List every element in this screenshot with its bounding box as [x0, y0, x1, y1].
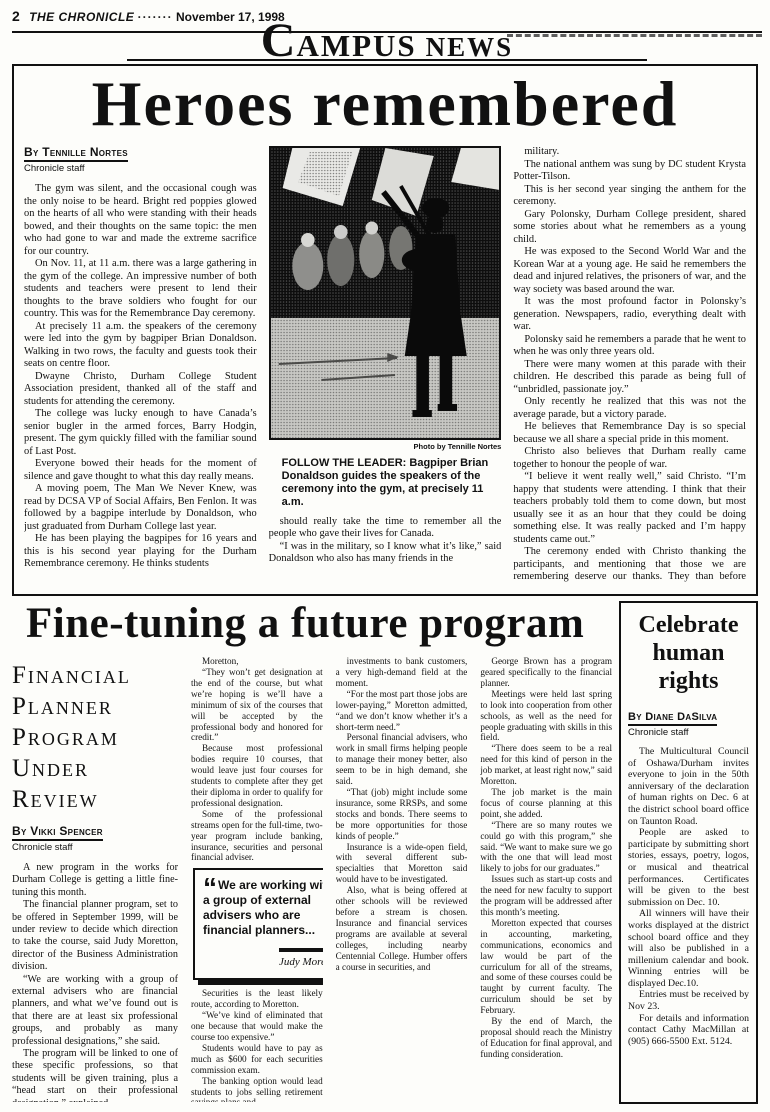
paragraph: Meetings were held last spring to look i… — [480, 689, 612, 744]
future-byline-org: Chronicle staff — [12, 841, 178, 854]
hero-col2-paragraphs: should really take the time to remember … — [269, 516, 502, 566]
paragraph: The college was lucky enough to have Can… — [24, 408, 257, 458]
hero-column-3: military.The national anthem was sung by… — [513, 146, 746, 582]
section-news: NEWS — [426, 32, 514, 62]
paragraph: Some of the professional streams open fo… — [191, 809, 323, 864]
rights-paragraphs: The Multicultural Council of Oshawa/Durh… — [628, 746, 749, 1047]
paragraph: The Multicultural Council of Oshawa/Durh… — [628, 746, 749, 827]
paragraph: The financial planner program, set to be… — [12, 899, 178, 973]
paragraph: There were many women at this parade wit… — [513, 359, 746, 397]
paragraph: “They won’t get designation at the end o… — [191, 667, 323, 743]
paragraph: The gym was silent, and the occasional c… — [24, 183, 257, 258]
future-column-kicker: FinancialPlannerProgramUnderReview By Vi… — [12, 656, 178, 1102]
paragraph: People are asked to participate by submi… — [628, 827, 749, 908]
paragraph: The banking option would lead students t… — [191, 1076, 323, 1103]
paragraph: Issues such as start-up costs and the ne… — [480, 874, 612, 918]
kicker-line: Review — [12, 784, 178, 815]
paragraph: For details and information contact Cath… — [628, 1013, 749, 1048]
pull-quote-rule — [279, 948, 323, 952]
paragraph: should really take the time to remember … — [269, 516, 502, 541]
paragraph: Christo also believes that Durham really… — [513, 446, 746, 471]
ceremony-photo-art — [271, 148, 500, 438]
paragraph: On Nov. 11, at 11 a.m. there was a large… — [24, 258, 257, 321]
hero-column-1: By Tennille Nortes Chronicle staff The g… — [24, 146, 257, 582]
rights-article: Celebrate human rights By Diane DaSilva … — [619, 601, 758, 1104]
paragraph: Moretton expected that courses in accoun… — [480, 918, 612, 1016]
future-col3-paragraphs: investments to bank customers, a very hi… — [336, 656, 468, 972]
paragraph: “I believe it went really well,” said Ch… — [513, 471, 746, 546]
paragraph: George Brown has a program geared specif… — [480, 656, 612, 689]
rights-byline-block: By Diane DaSilva Chronicle staff — [628, 707, 749, 738]
paragraph: The national anthem was sung by DC stude… — [513, 159, 746, 184]
paragraph: By the end of March, the proposal should… — [480, 1016, 612, 1060]
paragraph: “We’ve kind of eliminated that one becau… — [191, 1010, 323, 1043]
kicker-line: Under — [12, 753, 178, 784]
future-col2-bottom-paragraphs: Securities is the least likely route, ac… — [191, 988, 323, 1102]
paragraph: Everyone bowed their heads for the momen… — [24, 458, 257, 483]
future-headline: Fine-tuning a future program — [26, 601, 612, 646]
paragraph: The ceremony ended with Christo thanking… — [513, 546, 746, 582]
hero-byline: By Tennille Nortes — [24, 146, 128, 162]
paragraph: Moretton, — [191, 656, 323, 667]
paragraph: “There does seem to be a real need for t… — [480, 743, 612, 787]
paragraph: Entries must be received by Nov 23. — [628, 989, 749, 1012]
pull-quote-text: We are working with a group of external … — [203, 878, 323, 937]
paragraph: “I was in the military, so I know what i… — [269, 541, 502, 566]
future-col2-top-paragraphs: Moretton,“They won’t get designation at … — [191, 656, 323, 863]
future-column-2: Moretton,“They won’t get designation at … — [191, 656, 323, 1102]
kicker-line: Program — [12, 722, 178, 753]
hero-col3-paragraphs: military.The national anthem was sung by… — [513, 146, 746, 582]
paragraph: This is her second year singing the anth… — [513, 184, 746, 209]
paragraph: The job market is the main focus of cour… — [480, 787, 612, 820]
paragraph: A new program in the works for Durham Co… — [12, 862, 178, 899]
paragraph: Insurance is a wide-open field, with sev… — [336, 842, 468, 886]
paragraph: At precisely 11 a.m. the speakers of the… — [24, 321, 257, 371]
paragraph: Also, what is being offered at other sch… — [336, 885, 468, 972]
hero-headline: Heroes remembered — [24, 72, 746, 136]
paragraph: “That (job) might include some insurance… — [336, 787, 468, 842]
paragraph: investments to bank customers, a very hi… — [336, 656, 468, 689]
paragraph: military. — [513, 146, 746, 159]
photo-credit: Photo by Tennille Nortes — [269, 441, 502, 454]
hero-article: Heroes remembered By Tennille Nortes Chr… — [12, 64, 758, 596]
hero-byline-block: By Tennille Nortes Chronicle staff — [24, 146, 257, 175]
pull-quote: “We are working with a group of external… — [193, 868, 323, 980]
paragraph: “We are working with a group of external… — [12, 974, 178, 1048]
paragraph: “There are so many routes we could go wi… — [480, 820, 612, 875]
section-rest: AMPUS — [296, 28, 416, 63]
future-byline-block: By Vikki Spencer Chronicle staff — [12, 825, 178, 854]
hero-byline-org: Chronicle staff — [24, 162, 257, 176]
future-col1-paragraphs: A new program in the works for Durham Co… — [12, 862, 178, 1102]
paragraph: All winners will have their works displa… — [628, 908, 749, 989]
paragraph: Securities is the least likely route, ac… — [191, 988, 323, 1010]
rights-byline-org: Chronicle staff — [628, 726, 749, 738]
hero-columns: By Tennille Nortes Chronicle staff The g… — [24, 146, 746, 582]
newspaper-page: 2 THE CHRONICLE ······· November 17, 199… — [0, 0, 770, 1112]
paragraph: Dwayne Christo, Durham College Student A… — [24, 371, 257, 409]
future-column-4: George Brown has a program geared specif… — [480, 656, 612, 1102]
future-columns: FinancialPlannerProgramUnderReview By Vi… — [12, 656, 612, 1102]
hero-col1-paragraphs: The gym was silent, and the occasional c… — [24, 183, 257, 571]
kicker: FinancialPlannerProgramUnderReview — [12, 660, 178, 815]
paragraph: A moving poem, The Man We Never Knew, wa… — [24, 483, 257, 533]
future-column-3: investments to bank customers, a very hi… — [336, 656, 468, 1102]
paragraph: He believes that Remembrance Day is so s… — [513, 421, 746, 446]
masthead: 2 THE CHRONICLE ······· November 17, 199… — [12, 8, 762, 74]
paragraph: The program will be linked to one of the… — [12, 1048, 178, 1102]
paragraph: Students would have to pay as much as $6… — [191, 1043, 323, 1076]
kicker-line: Financial — [12, 660, 178, 691]
paragraph: Because most professional bodies require… — [191, 743, 323, 808]
paragraph: Gary Polonsky, Durham College president,… — [513, 209, 746, 247]
paragraph: He has been playing the bagpipes for 16 … — [24, 533, 257, 571]
paragraph: “For the most part those jobs are lower-… — [336, 689, 468, 733]
future-col4-paragraphs: George Brown has a program geared specif… — [480, 656, 612, 1060]
paragraph: It was the most profound factor in Polon… — [513, 296, 746, 334]
hero-column-2: Photo by Tennille Nortes FOLLOW THE LEAD… — [269, 146, 502, 582]
paragraph: Polonsky said he remembers a parade that… — [513, 334, 746, 359]
paragraph: Only recently he realized that this was … — [513, 396, 746, 421]
paragraph: He was exposed to the Second World War a… — [513, 246, 746, 296]
paragraph: Personal financial advisers, who work in… — [336, 732, 468, 787]
ceremony-photo — [269, 146, 502, 440]
future-byline: By Vikki Spencer — [12, 825, 103, 840]
rights-headline: Celebrate human rights — [628, 611, 749, 695]
pull-quote-attribution: Judy Moretton — [203, 955, 323, 970]
section-title: CAMPUSNEWS — [12, 17, 762, 65]
rights-byline: By Diane DaSilva — [628, 711, 717, 726]
future-article: Fine-tuning a future program FinancialPl… — [12, 601, 612, 1110]
kicker-line: Planner — [12, 691, 178, 722]
photo-caption: FOLLOW THE LEADER: Bagpiper Brian Donald… — [269, 457, 502, 509]
section-initial: C — [261, 14, 297, 67]
